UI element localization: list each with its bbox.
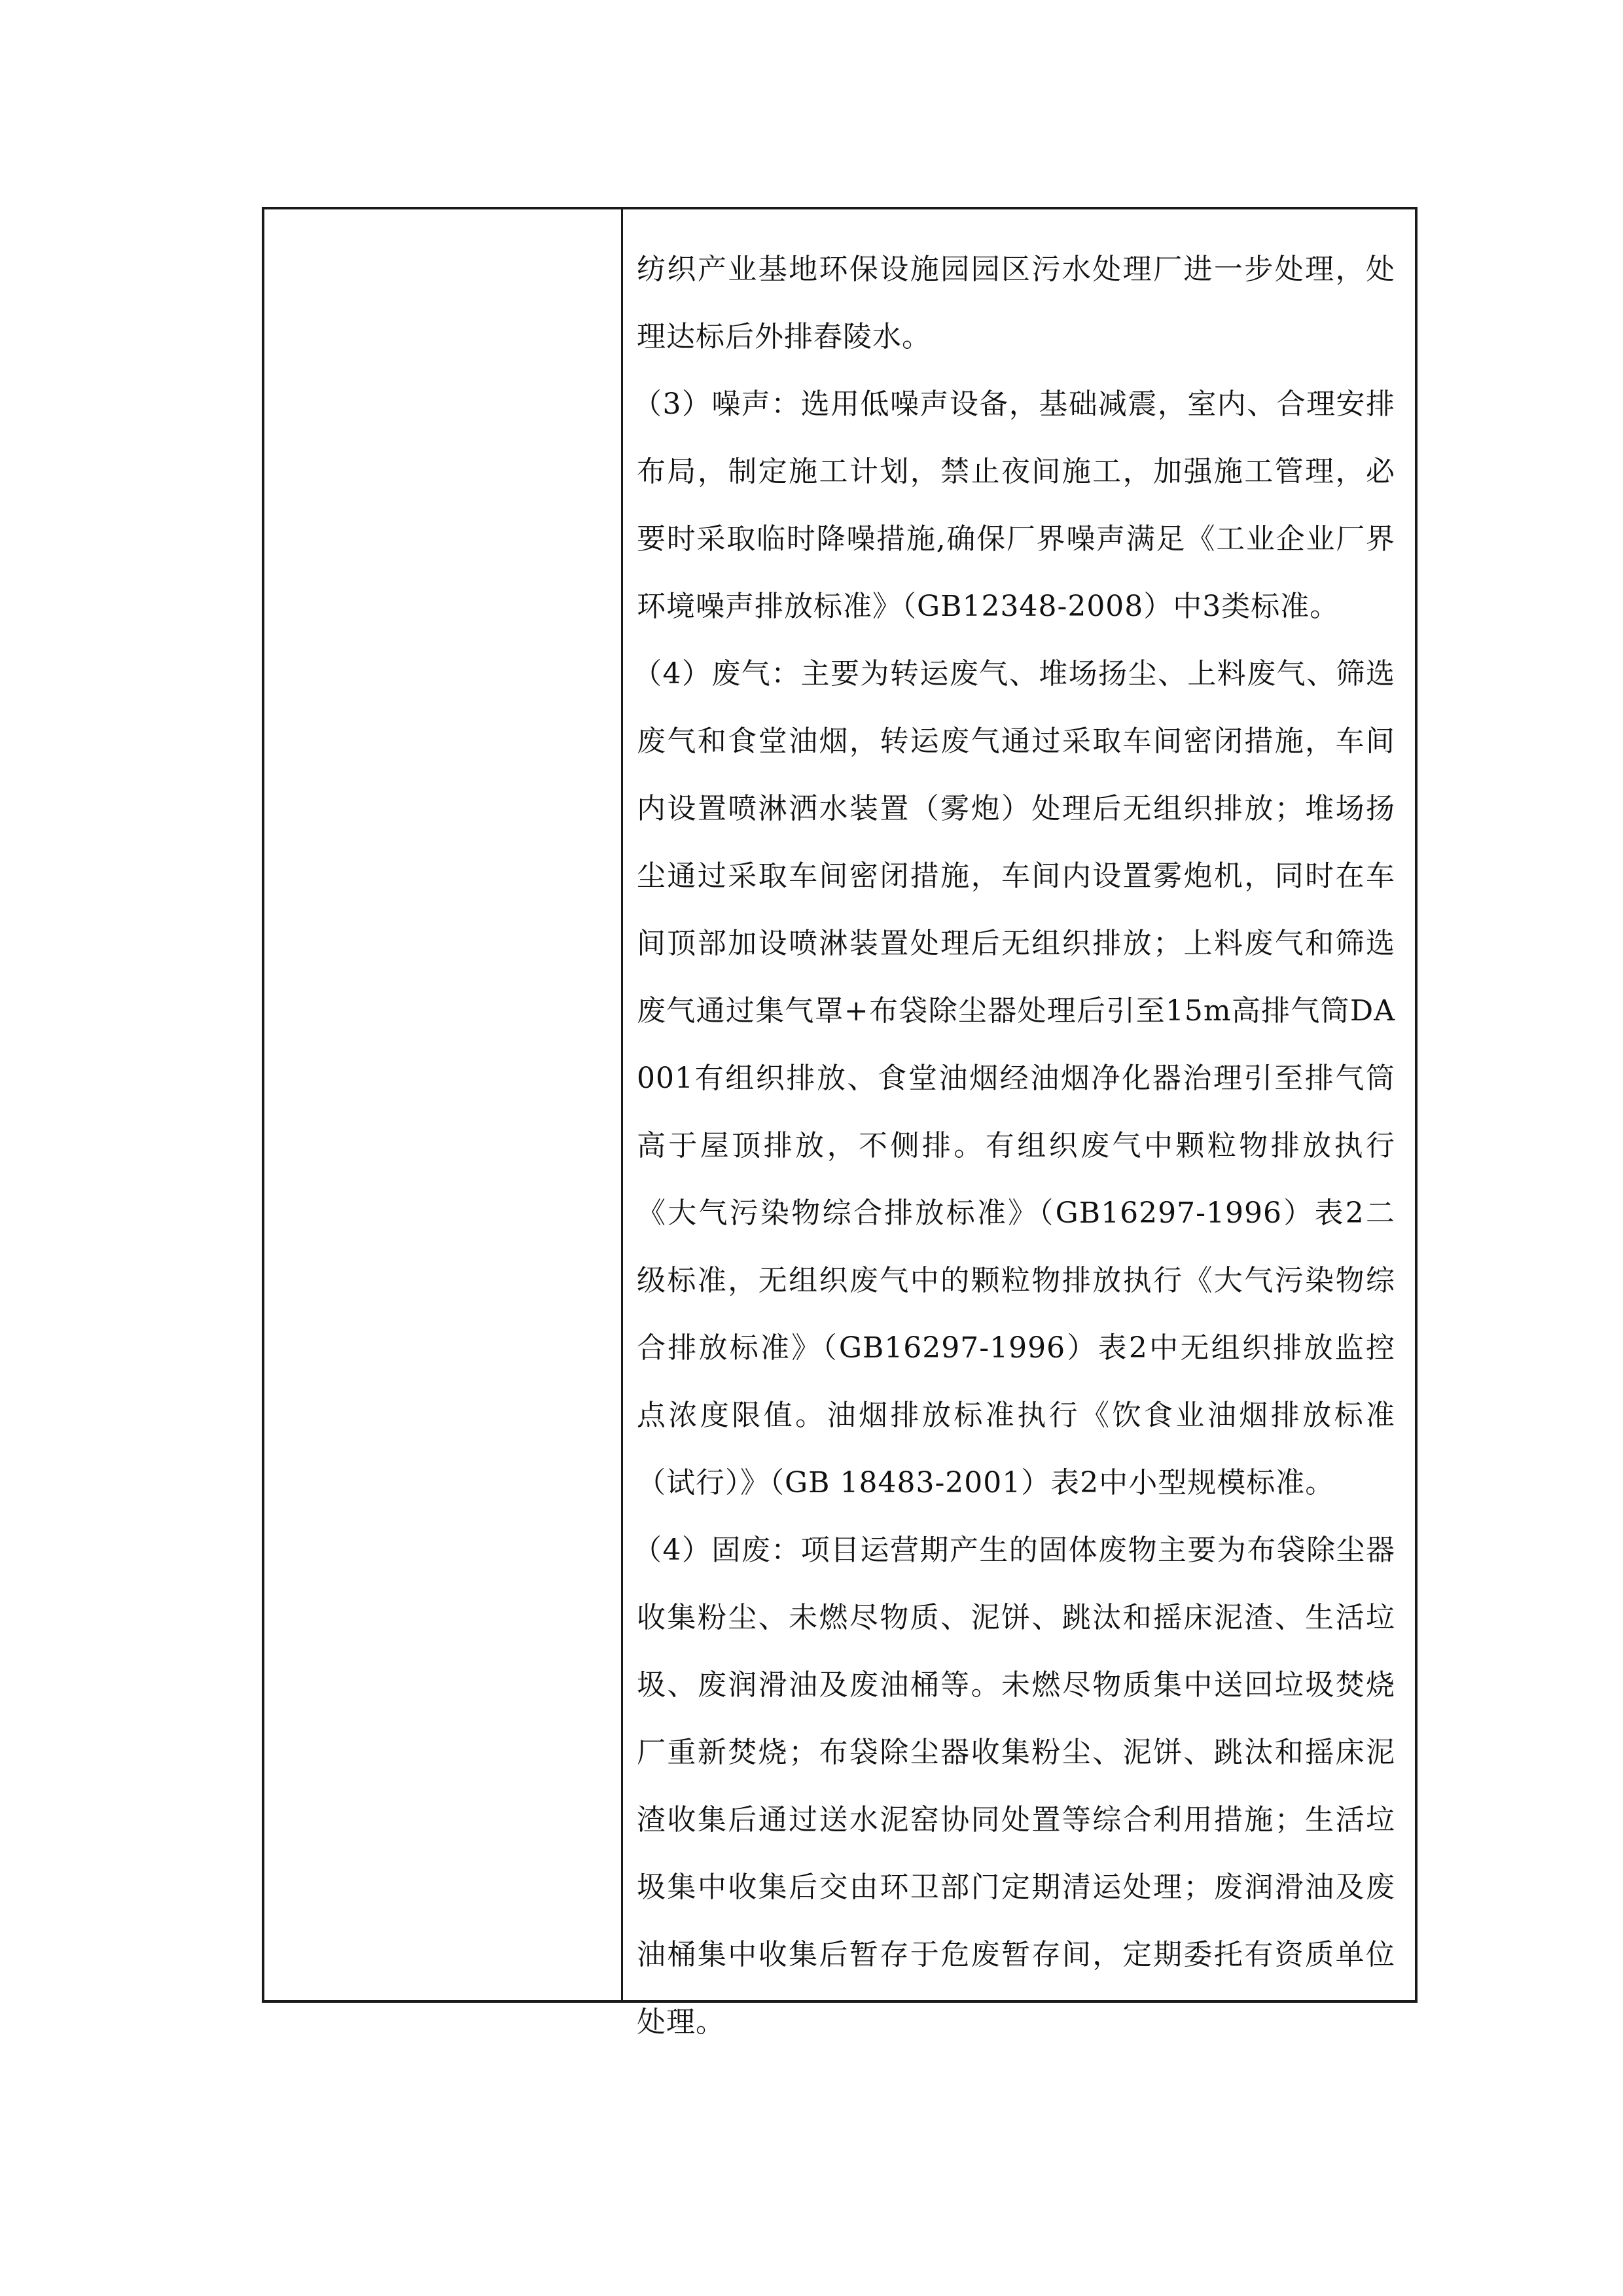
content-table: 纺织产业基地环保设施园园区污水处理厂进一步处理，处理达标后外排舂陵水。 （3）噪…: [262, 207, 1418, 2003]
paragraph-solid-waste: （4）固废：项目运营期产生的固体废物主要为布袋除尘器收集粉尘、未燃尽物质、泥饼、…: [637, 1516, 1395, 2056]
paragraph-noise: （3）噪声：选用低噪声设备，基础减震，室内、合理安排布局，制定施工计划，禁止夜间…: [637, 370, 1395, 640]
paragraph-exhaust-gas: （4）废气：主要为转运废气、堆场扬尘、上料废气、筛选废气和食堂油烟，转运废气通过…: [637, 640, 1395, 1516]
table-right-cell: 纺织产业基地环保设施园园区污水处理厂进一步处理，处理达标后外排舂陵水。 （3）噪…: [625, 209, 1415, 2000]
paragraph-wastewater-continuation: 纺织产业基地环保设施园园区污水处理厂进一步处理，处理达标后外排舂陵水。: [637, 236, 1395, 370]
table-left-cell: [264, 209, 623, 2000]
